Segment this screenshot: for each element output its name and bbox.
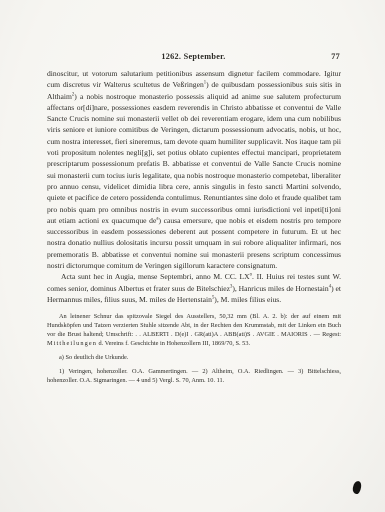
text-segment: Acta sunt hec in Augia, mense Septembri,… xyxy=(61,272,250,281)
scanned-document-page: 1262. September. 77 dinoscitur, ut votor… xyxy=(0,0,385,512)
charter-paragraph-acta: Acta sunt hec in Augia, mense Septembri,… xyxy=(47,271,341,305)
text-segment: ) a nobis nostroque monasterio possessis… xyxy=(47,92,341,225)
text-segment: Mittheilungen xyxy=(47,340,97,347)
running-head: 1262. September. 77 xyxy=(47,52,340,64)
date-heading: 1262. September. xyxy=(47,52,340,61)
page-number: 77 xyxy=(331,52,340,61)
text-segment: ), M. miles filius eius. xyxy=(214,295,281,304)
ink-blot-artifact xyxy=(352,481,362,495)
footnote-numbered: 1) Veringen, hohenzoller. O.A. Gammertin… xyxy=(47,368,341,386)
charter-text-block: dinoscitur, ut votorum salutarium petiti… xyxy=(47,68,341,386)
text-segment: ), Hanricus miles de Hornestain xyxy=(232,284,328,293)
footnote-block: An leinener Schnur das spitzovale Siegel… xyxy=(47,313,341,385)
footnote-seal-description: An leinener Schnur das spitzovale Siegel… xyxy=(47,313,341,349)
footnote-a: a) So deutlich die Urkunde. xyxy=(47,354,341,363)
text-segment: d. Vereins f. Geschichte in Hohenzollern… xyxy=(97,340,250,347)
text-segment: An leinener Schnur das spitzovale Siegel… xyxy=(47,313,341,338)
charter-paragraph-main: dinoscitur, ut votorum salutarium petiti… xyxy=(47,68,341,271)
